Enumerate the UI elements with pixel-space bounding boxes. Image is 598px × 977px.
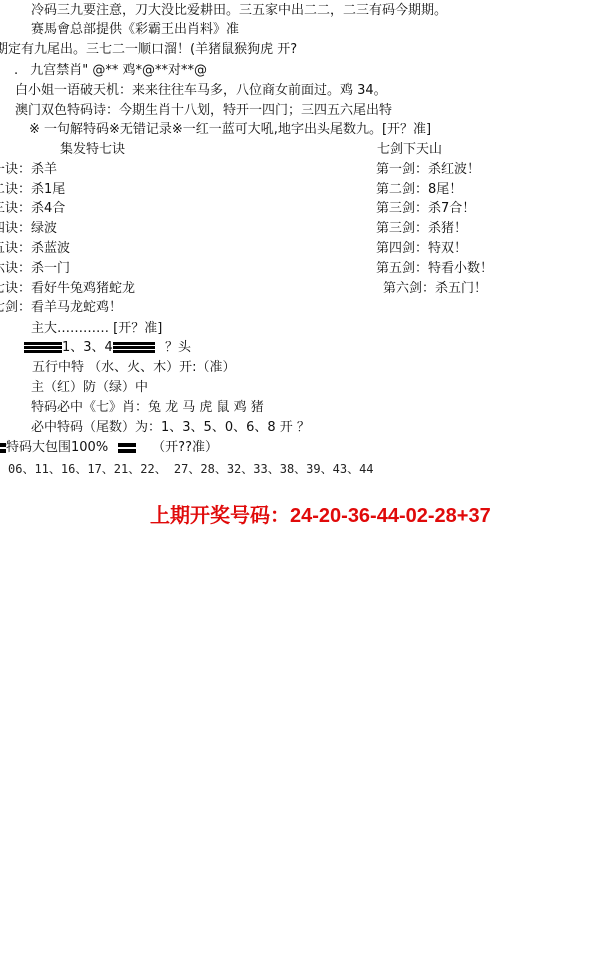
right-section-title: 七剑下天山: [377, 142, 442, 158]
triple-bar-icon: [24, 342, 62, 353]
jiugong-text: 九宫禁肖" @** 鸡*@**对**@: [30, 63, 207, 78]
list-item: 第三剑：杀猪！: [376, 221, 467, 237]
qixiao-line: 特码必中《七》肖：兔 龙 马 虎 鼠 鸡 猪: [31, 400, 264, 416]
last-draw-label: 上期开奖号码：: [150, 505, 290, 527]
verse-line-1: 冷码三九要注意，刀大没比爱耕田。三五家中出二二，二三有码今期期。: [31, 3, 447, 19]
baowei-line: 特码大包围100%（开??准）: [0, 440, 218, 456]
list-item: 一诀：杀羊: [0, 162, 57, 178]
list-item: 第一剑：杀红波！: [376, 162, 480, 178]
heads-suffix: ？头: [161, 340, 191, 355]
list-item: 第三剑：杀7合！: [376, 201, 475, 217]
jiugong-line: . 九宫禁肖" @** 鸡*@**对**@: [14, 63, 207, 79]
list-item: 五诀：杀蓝波: [0, 241, 70, 257]
list-item: 七诀：看好牛兔鸡猪蛇龙: [0, 281, 135, 297]
heads-numbers: 1、3、4: [62, 340, 113, 355]
verse-line-3: 期定有九尾出。三七二一顺口溜！(羊猪鼠猴狗虎 开?: [0, 42, 297, 58]
left-section-title: 集发特七诀: [60, 142, 125, 158]
triple-bar-icon: [113, 342, 155, 353]
baixiaojie-line: 白小姐一语破天机：来来往往车马多，八位商女前面过。鸡 34。: [15, 83, 387, 99]
list-item: 四诀：绿波: [0, 221, 57, 237]
double-bar-icon: [118, 443, 136, 453]
baowei-suffix: （开??准）: [152, 440, 218, 455]
list-item: 第四剑：特双！: [376, 241, 467, 257]
verse-line-2: 赛馬會总部提供《彩霸王出肖料》准: [31, 22, 239, 38]
number-list: 06、11、16、17、21、22、 27、28、32、33、38、39、43、…: [8, 461, 374, 477]
list-item: 第六剑：杀五门！: [383, 281, 487, 297]
list-item: 二诀：杀1尾: [0, 182, 65, 198]
one-sentence-line: ※ 一句解特码※无错记录※一红一蓝可大吼,地字出头尾数九。[开？准]: [29, 122, 431, 138]
list-item: 第二剑：8尾！: [376, 182, 462, 198]
list-item: 第五剑：特看小数！: [376, 261, 493, 277]
zhuda-line: 主大………… [开？准]: [31, 321, 162, 337]
list-item: 六诀：杀一门: [0, 261, 70, 277]
macau-poem-line: 澳门双色特码诗：今期生肖十八划，特开一四门；三四五六尾出特: [15, 103, 392, 119]
list-item: 七剑：看羊马龙蛇鸡！: [0, 300, 122, 316]
weishu-line: 必中特码（尾数）为：1、3、5、0、6、8 开 ？: [31, 420, 310, 436]
wuxing-line: 五行中特 （水、火、木）开:（准）: [32, 360, 236, 376]
heads-line: 1、3、4 ？头: [24, 340, 191, 356]
last-draw-numbers: 24-20-36-44-02-28+37: [290, 505, 491, 527]
bullet-dot: .: [14, 63, 18, 78]
zhufang-line: 主（红）防（绿）中: [31, 380, 148, 396]
baowei-text: 特码大包围100%: [6, 440, 108, 455]
last-draw-result: 上期开奖号码：24-20-36-44-02-28+37: [150, 504, 491, 528]
list-item: 三诀：杀4合: [0, 201, 65, 217]
